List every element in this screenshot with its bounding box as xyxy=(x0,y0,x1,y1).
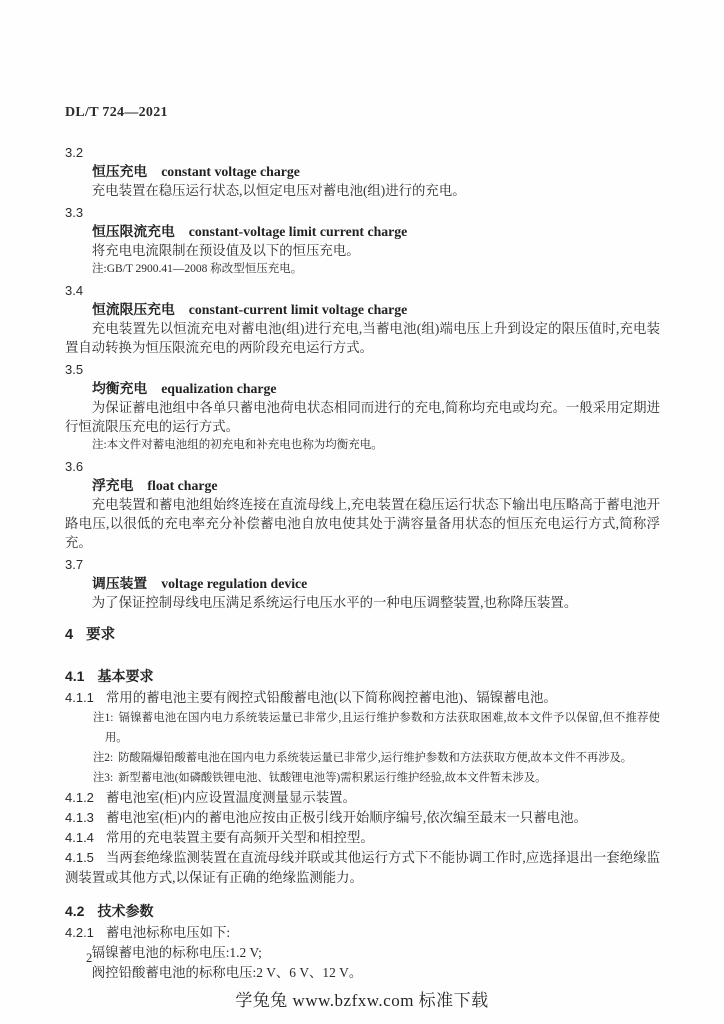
clause-text: 常用的充电装置主要有高频开关型和相控型。 xyxy=(106,830,374,845)
term-definition: 为保证蓄电池组中各单只蓄电池荷电状态相同而进行的充电,简称均充电或均充。一般采用… xyxy=(65,398,660,436)
term-title-en: equalization charge xyxy=(161,381,276,396)
term-title: 均衡充电 equalization charge xyxy=(65,379,660,398)
note-text: 防酸隔爆铅酸蓄电池在国内电力系统装运量已非常少,运行维护参数和方法获取方便,故本… xyxy=(118,752,632,764)
clause-number: 4.1.4 xyxy=(65,830,94,845)
term-section-3-6: 3.6 浮充电 float charge 充电装置和蓄电池组始终连接在直流母线上… xyxy=(65,457,660,552)
section-title: 基本要求 xyxy=(97,668,153,684)
term-section-3-2: 3.2 恒压充电 constant voltage charge 充电装置在稳压… xyxy=(65,143,660,200)
term-title-zh: 恒压充电 xyxy=(92,164,147,179)
clause-text: 蓄电池标称电压如下: xyxy=(106,925,230,940)
term-section-3-3: 3.3 恒压限流充电 constant-voltage limit curren… xyxy=(65,203,660,278)
voltage-line-vrla: 阀控铅酸蓄电池的标称电压:2 V、6 V、12 V。 xyxy=(65,963,660,983)
term-title: 浮充电 float charge xyxy=(65,476,660,495)
standard-number-header: DL/T 724—2021 xyxy=(65,104,660,122)
term-note: 注:GB/T 2900.41—2008 称改型恒压充电。 xyxy=(92,260,660,278)
clause-number: 4.2.1 xyxy=(65,925,94,940)
term-title: 恒流限压充电 constant-current limit voltage ch… xyxy=(65,300,660,319)
clause-4-1-1: 4.1.1常用的蓄电池主要有阀控式铅酸蓄电池(以下简称阀控蓄电池)、镉镍蓄电池。 xyxy=(65,688,660,708)
term-title-en: float charge xyxy=(147,478,217,493)
term-section-3-5: 3.5 均衡充电 equalization charge 为保证蓄电池组中各单只… xyxy=(65,360,660,454)
note-label: 注2: xyxy=(93,752,113,764)
term-title: 恒压充电 constant voltage charge xyxy=(65,162,660,181)
term-title-en: voltage regulation device xyxy=(161,576,307,591)
term-number: 3.7 xyxy=(65,555,660,574)
clause-4-1-1-note-1: 注1:镉镍蓄电池在国内电力系统装运量已非常少,且运行维护参数和方法获取困难,故本… xyxy=(65,708,660,748)
page-number: 2 xyxy=(86,951,92,966)
term-section-3-4: 3.4 恒流限压充电 constant-current limit voltag… xyxy=(65,281,660,357)
section-4-1-heading: 4.1基本要求 xyxy=(65,666,660,686)
chapter-title: 要求 xyxy=(86,627,115,643)
term-title-en: constant-current limit voltage charge xyxy=(189,302,408,317)
page-content: DL/T 724—2021 3.2 恒压充电 constant voltage … xyxy=(65,104,660,982)
chapter-number: 4 xyxy=(65,627,73,643)
note-text: 新型蓄电池(如磷酸铁锂电池、钛酸锂电池等)需积累运行维护经验,故本文件暂未涉及。 xyxy=(118,772,546,784)
clause-number: 4.1.1 xyxy=(65,690,94,705)
term-number: 3.3 xyxy=(65,203,660,222)
term-title-zh: 浮充电 xyxy=(92,478,133,493)
term-title: 调压装置 voltage regulation device xyxy=(65,574,660,593)
clause-text: 常用的蓄电池主要有阀控式铅酸蓄电池(以下简称阀控蓄电池)、镉镍蓄电池。 xyxy=(106,690,557,705)
clause-text: 蓄电池室(柜)内应设置温度测量显示装置。 xyxy=(106,790,356,805)
voltage-line-nicd: 镉镍蓄电池的标称电压:1.2 V; xyxy=(65,943,660,963)
term-number: 3.6 xyxy=(65,457,660,476)
term-note: 注:本文件对蓄电池组的初充电和补充电也称为均衡充电。 xyxy=(92,436,660,454)
section-number: 4.1 xyxy=(65,668,84,684)
clause-4-1-5: 4.1.5当两套绝缘监测装置在直流母线并联或其他运行方式下不能协调工作时,应选择… xyxy=(65,848,660,888)
note-text: 镉镍蓄电池在国内电力系统装运量已非常少,且运行维护参数和方法获取困难,故本文件予… xyxy=(105,712,660,744)
term-title-zh: 调压装置 xyxy=(92,576,147,591)
section-title: 技术参数 xyxy=(97,903,153,919)
clause-number: 4.1.5 xyxy=(65,850,94,865)
clause-4-1-1-note-2: 注2:防酸隔爆铅酸蓄电池在国内电力系统装运量已非常少,运行维护参数和方法获取方便… xyxy=(65,748,660,768)
clause-4-1-2: 4.1.2蓄电池室(柜)内应设置温度测量显示装置。 xyxy=(65,788,660,808)
watermark-footer: 学兔兔 www.bzfxw.com 标准下载 xyxy=(235,986,488,1011)
term-number: 3.4 xyxy=(65,281,660,300)
term-definition: 将充电电流限制在预设值及以下的恒压充电。 xyxy=(65,241,660,260)
term-section-3-7: 3.7 调压装置 voltage regulation device 为了保证控… xyxy=(65,555,660,612)
clause-number: 4.1.3 xyxy=(65,810,94,825)
term-number: 3.2 xyxy=(65,143,660,162)
term-title-zh: 恒流限压充电 xyxy=(92,302,175,317)
term-title: 恒压限流充电 constant-voltage limit current ch… xyxy=(65,222,660,241)
chapter-4-heading: 4要求 xyxy=(65,625,660,645)
clause-number: 4.1.2 xyxy=(65,790,94,805)
note-label: 注1: xyxy=(93,712,113,724)
clause-text: 当两套绝缘监测装置在直流母线并联或其他运行方式下不能协调工作时,应选择退出一套绝… xyxy=(65,850,660,885)
clause-4-2-1: 4.2.1蓄电池标称电压如下: xyxy=(65,923,660,943)
clause-4-1-1-note-3: 注3:新型蓄电池(如磷酸铁锂电池、钛酸锂电池等)需积累运行维护经验,故本文件暂未… xyxy=(65,768,660,788)
section-4-2-heading: 4.2技术参数 xyxy=(65,901,660,921)
clause-4-1-4: 4.1.4常用的充电装置主要有高频开关型和相控型。 xyxy=(65,828,660,848)
term-definition: 为了保证控制母线电压满足系统运行电压水平的一种电压调整装置,也称降压装置。 xyxy=(65,593,660,612)
term-title-en: constant-voltage limit current charge xyxy=(189,224,408,239)
term-title-zh: 均衡充电 xyxy=(92,381,147,396)
term-title-zh: 恒压限流充电 xyxy=(92,224,175,239)
term-definition: 充电装置先以恒流充电对蓄电池(组)进行充电,当蓄电池(组)端电压上升到设定的限压… xyxy=(65,319,660,357)
term-number: 3.5 xyxy=(65,360,660,379)
clause-4-1-3: 4.1.3蓄电池室(柜)内的蓄电池应按由正极引线开始顺序编号,依次编至最末一只蓄… xyxy=(65,808,660,828)
section-number: 4.2 xyxy=(65,903,84,919)
term-definition: 充电装置和蓄电池组始终连接在直流母线上,充电装置在稳压运行状态下输出电压略高于蓄… xyxy=(65,495,660,552)
note-label: 注3: xyxy=(93,772,113,784)
clause-text: 蓄电池室(柜)内的蓄电池应按由正极引线开始顺序编号,依次编至最末一只蓄电池。 xyxy=(106,810,587,825)
document-page: DL/T 724—2021 3.2 恒压充电 constant voltage … xyxy=(0,0,724,1024)
term-title-en: constant voltage charge xyxy=(161,164,300,179)
term-definition: 充电装置在稳压运行状态,以恒定电压对蓄电池(组)进行的充电。 xyxy=(65,181,660,200)
